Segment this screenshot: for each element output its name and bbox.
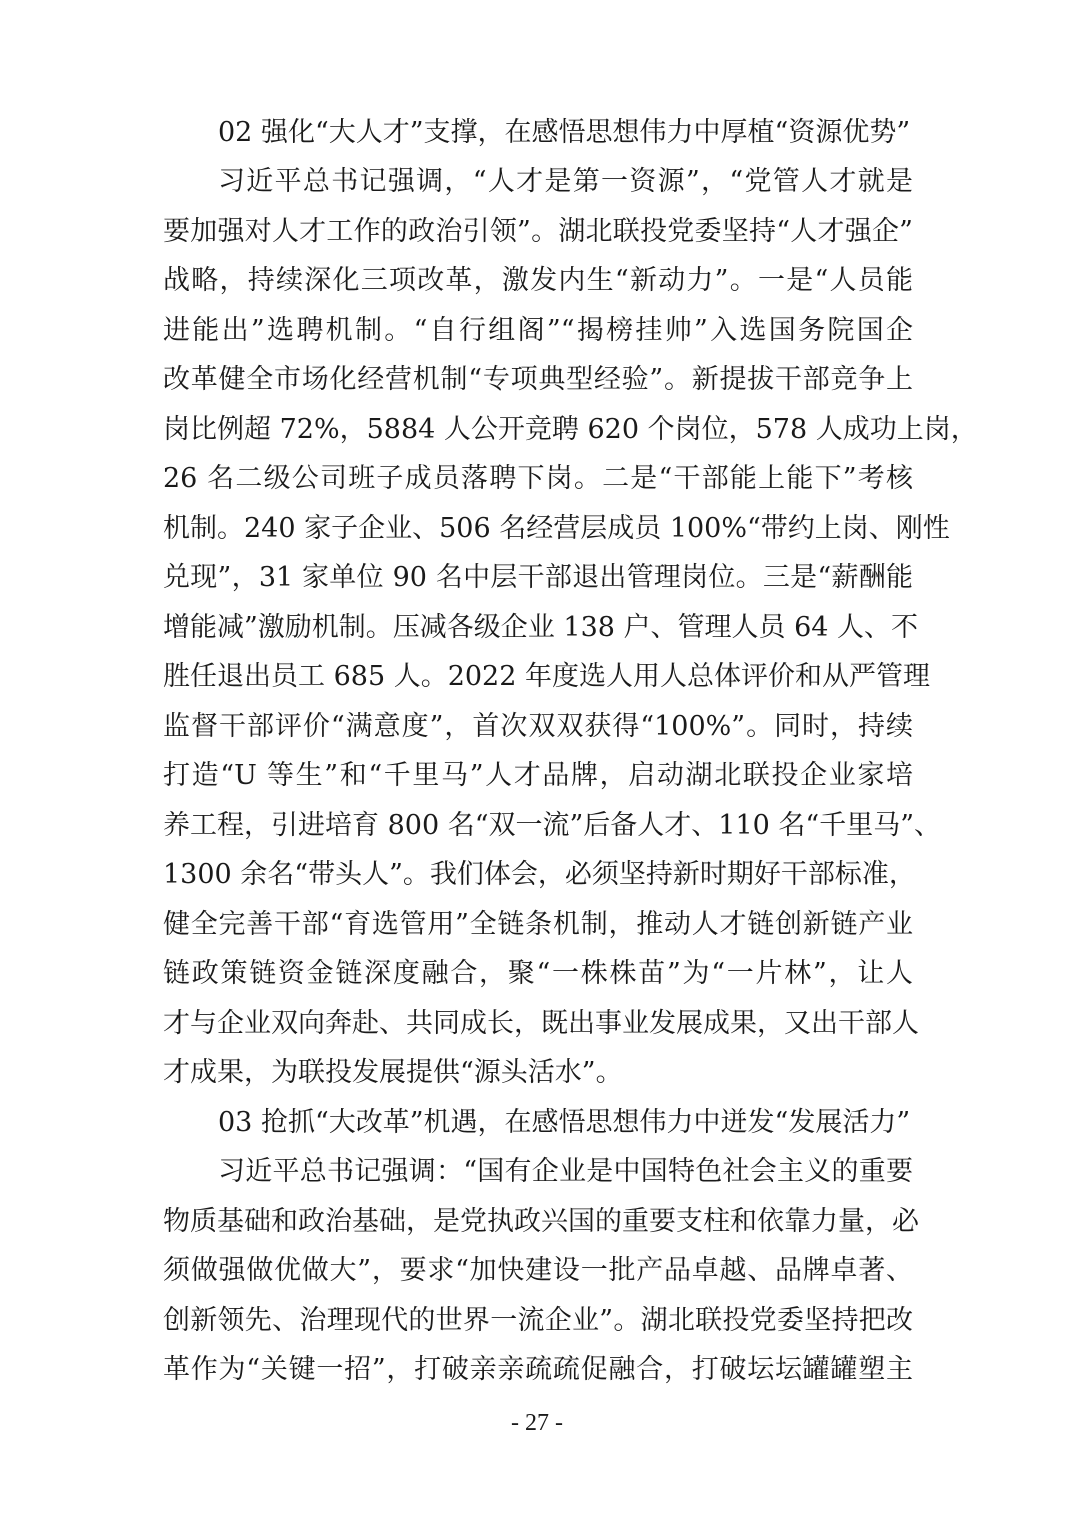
paragraph-line: 胜任退出员工 685 人。2022 年度选人用人总体评价和从严管理 — [163, 660, 913, 694]
paragraph-line: 增能减”激励机制。压减各级企业 138 户、管理人员 64 人、不 — [163, 611, 913, 645]
paragraph-line: 兑现”，31 家单位 90 名中层干部退出管理岗位。三是“薪酬能 — [163, 561, 913, 595]
paragraph-line: 战略，持续深化三项改革，激发内生“新动力”。一是“人员能 — [163, 264, 913, 298]
page-number: - 27 - — [0, 1410, 1074, 1437]
paragraph-line: 才与企业双向奔赴、共同成长，既出事业发展成果，又出干部人 — [163, 1007, 913, 1041]
paragraph-line: 监督干部评价“满意度”，首次双双获得“100%”。同时，持续 — [163, 710, 913, 744]
paragraph-line: 1300 余名“带头人”。我们体会，必须坚持新时期好干部标准， — [163, 858, 913, 892]
paragraph-line: 健全完善干部“育选管用”全链条机制，推动人才链创新链产业 — [163, 908, 913, 942]
paragraph-line: 岗比例超 72%，5884 人公开竞聘 620 个岗位，578 人成功上岗， — [163, 413, 913, 447]
paragraph-line: 革作为“关键一招”，打破亲亲疏疏促融合，打破坛坛罐罐塑主 — [163, 1353, 913, 1387]
paragraph-line: 改革健全市场化经营机制“专项典型经验”。新提拔干部竞争上 — [163, 363, 913, 397]
paragraph-line: 创新领先、治理现代的世界一流企业”。湖北联投党委坚持把改 — [163, 1304, 913, 1338]
paragraph-line: 习近平总书记强调：“国有企业是中国特色社会主义的重要 — [218, 1155, 913, 1189]
paragraph-line: 要加强对人才工作的政治引领”。湖北联投党委坚持“人才强企” — [163, 215, 913, 249]
paragraph-line: 打造“U 等生”和“千里马”人才品牌，启动湖北联投企业家培 — [163, 759, 913, 793]
section-02-heading: 02 强化“大人才”支撑，在感悟思想伟力中厚植“资源优势” — [218, 116, 913, 150]
paragraph-line: 习近平总书记强调，“人才是第一资源”，“党管人才就是 — [218, 165, 913, 199]
paragraph-line: 链政策链资金链深度融合，聚“一株株苗”为“一片林”，让人 — [163, 957, 913, 991]
paragraph-line: 机制。240 家子企业、506 名经营层成员 100%“带约上岗、刚性 — [163, 512, 913, 546]
paragraph-line: 26 名二级公司班子成员落聘下岗。二是“干部能上能下”考核 — [163, 462, 913, 496]
paragraph-line: 进能出”选聘机制。“自行组阁”“揭榜挂帅”入选国务院国企 — [163, 314, 913, 348]
document-page: 02 强化“大人才”支撑，在感悟思想伟力中厚植“资源优势” 习近平总书记强调，“… — [0, 0, 1074, 1520]
paragraph-line: 养工程，引进培育 800 名“双一流”后备人才、110 名“千里马”、 — [163, 809, 913, 843]
paragraph-line: 须做强做优做大”，要求“加快建设一批产品卓越、品牌卓著、 — [163, 1254, 913, 1288]
section-03-heading: 03 抢抓“大改革”机遇，在感悟思想伟力中迸发“发展活力” — [218, 1106, 913, 1140]
paragraph-line: 才成果，为联投发展提供“源头活水”。 — [163, 1056, 913, 1090]
paragraph-line: 物质基础和政治基础，是党执政兴国的重要支柱和依靠力量，必 — [163, 1205, 913, 1239]
